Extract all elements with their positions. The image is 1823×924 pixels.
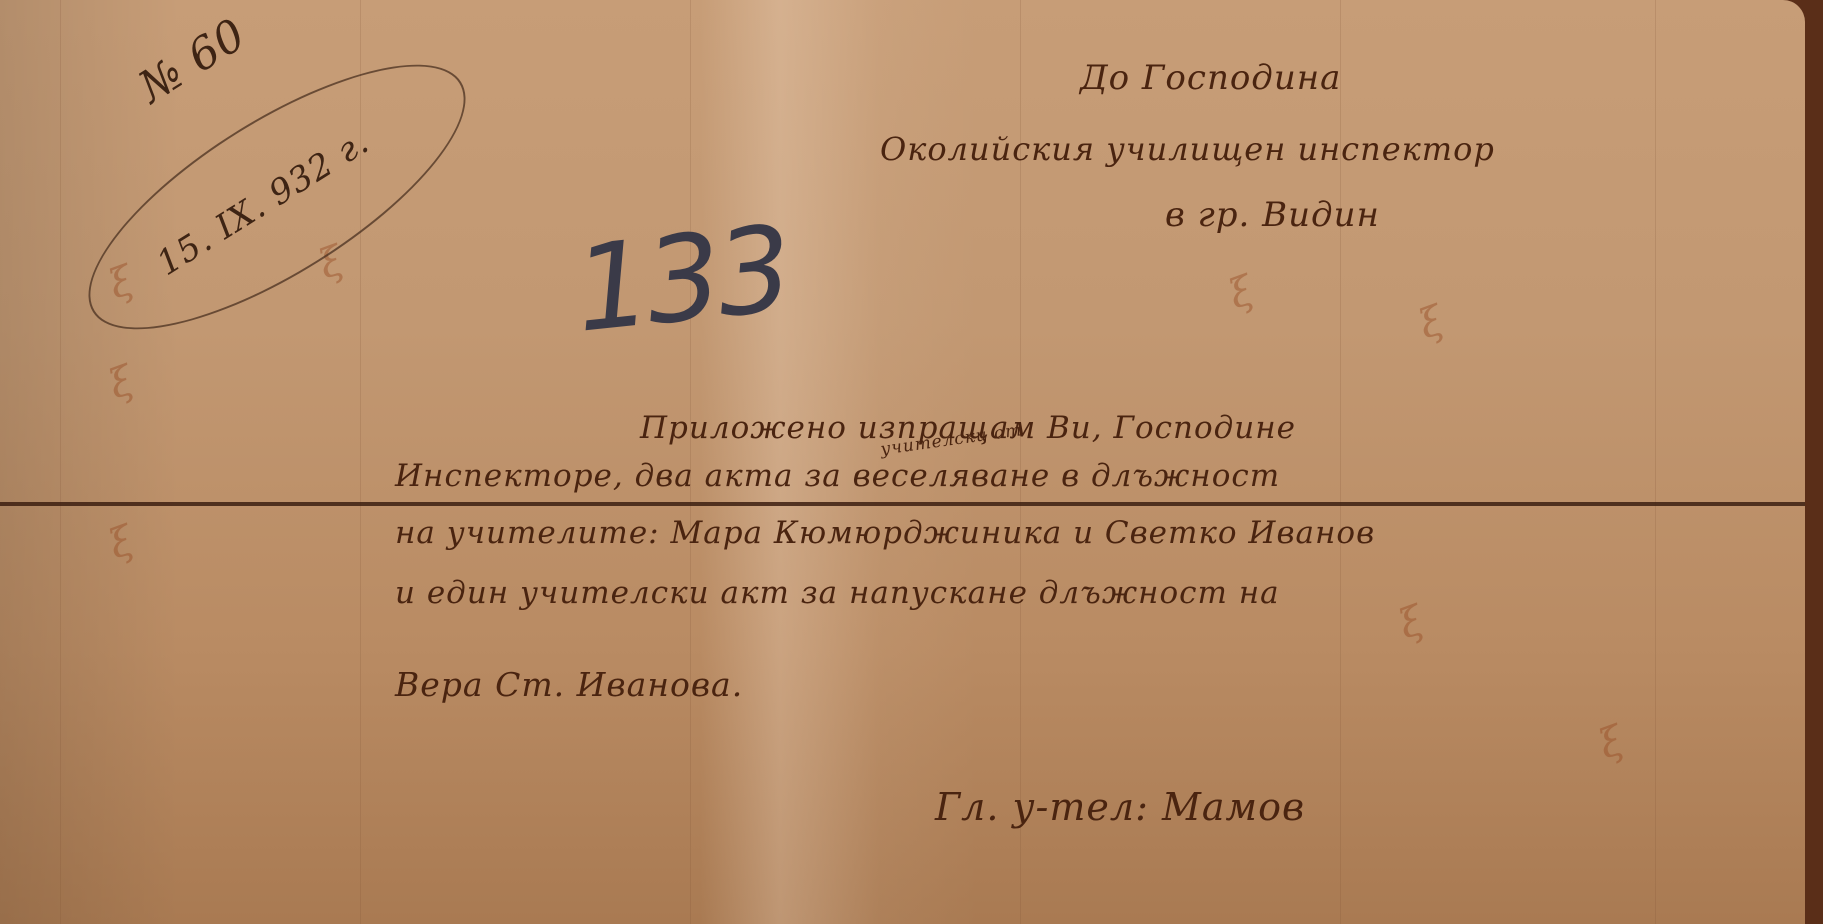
body-line-2: Инспекторе, два акта за веселяване в длъ… (395, 458, 1280, 494)
body-line-5: Вера Ст. Иванова. (395, 665, 743, 704)
page-rule (1655, 0, 1656, 924)
addressee-line-2: Околийския училищен инспектор (880, 130, 1495, 168)
ink-bleed: ξ (1393, 598, 1429, 649)
body-line-3: на учителите: Мара Кюмюрджиника и Светко… (395, 515, 1375, 551)
ink-bleed: ξ (1413, 298, 1449, 349)
ink-bleed: ξ (1223, 268, 1259, 319)
archive-number: 133 (568, 199, 794, 359)
ink-bleed: ξ (103, 358, 139, 409)
ink-bleed: ξ (1593, 718, 1629, 769)
page-rule (60, 0, 61, 924)
fold-line (0, 502, 1805, 506)
document-paper: ξ ξ ξ ξ ξ ξ ξ ξ № 60 15. IX. 932 г. 133 … (0, 0, 1805, 924)
body-line-4: и един учителски акт за напускане длъжно… (395, 575, 1280, 611)
signature: Гл. у-тел: Мамов (935, 785, 1305, 829)
ink-bleed: ξ (103, 518, 139, 569)
registration-number: № 60 (130, 9, 255, 114)
addressee-line-3: в гр. Видин (1165, 195, 1380, 235)
addressee-line-1: До Господина (1080, 58, 1341, 98)
